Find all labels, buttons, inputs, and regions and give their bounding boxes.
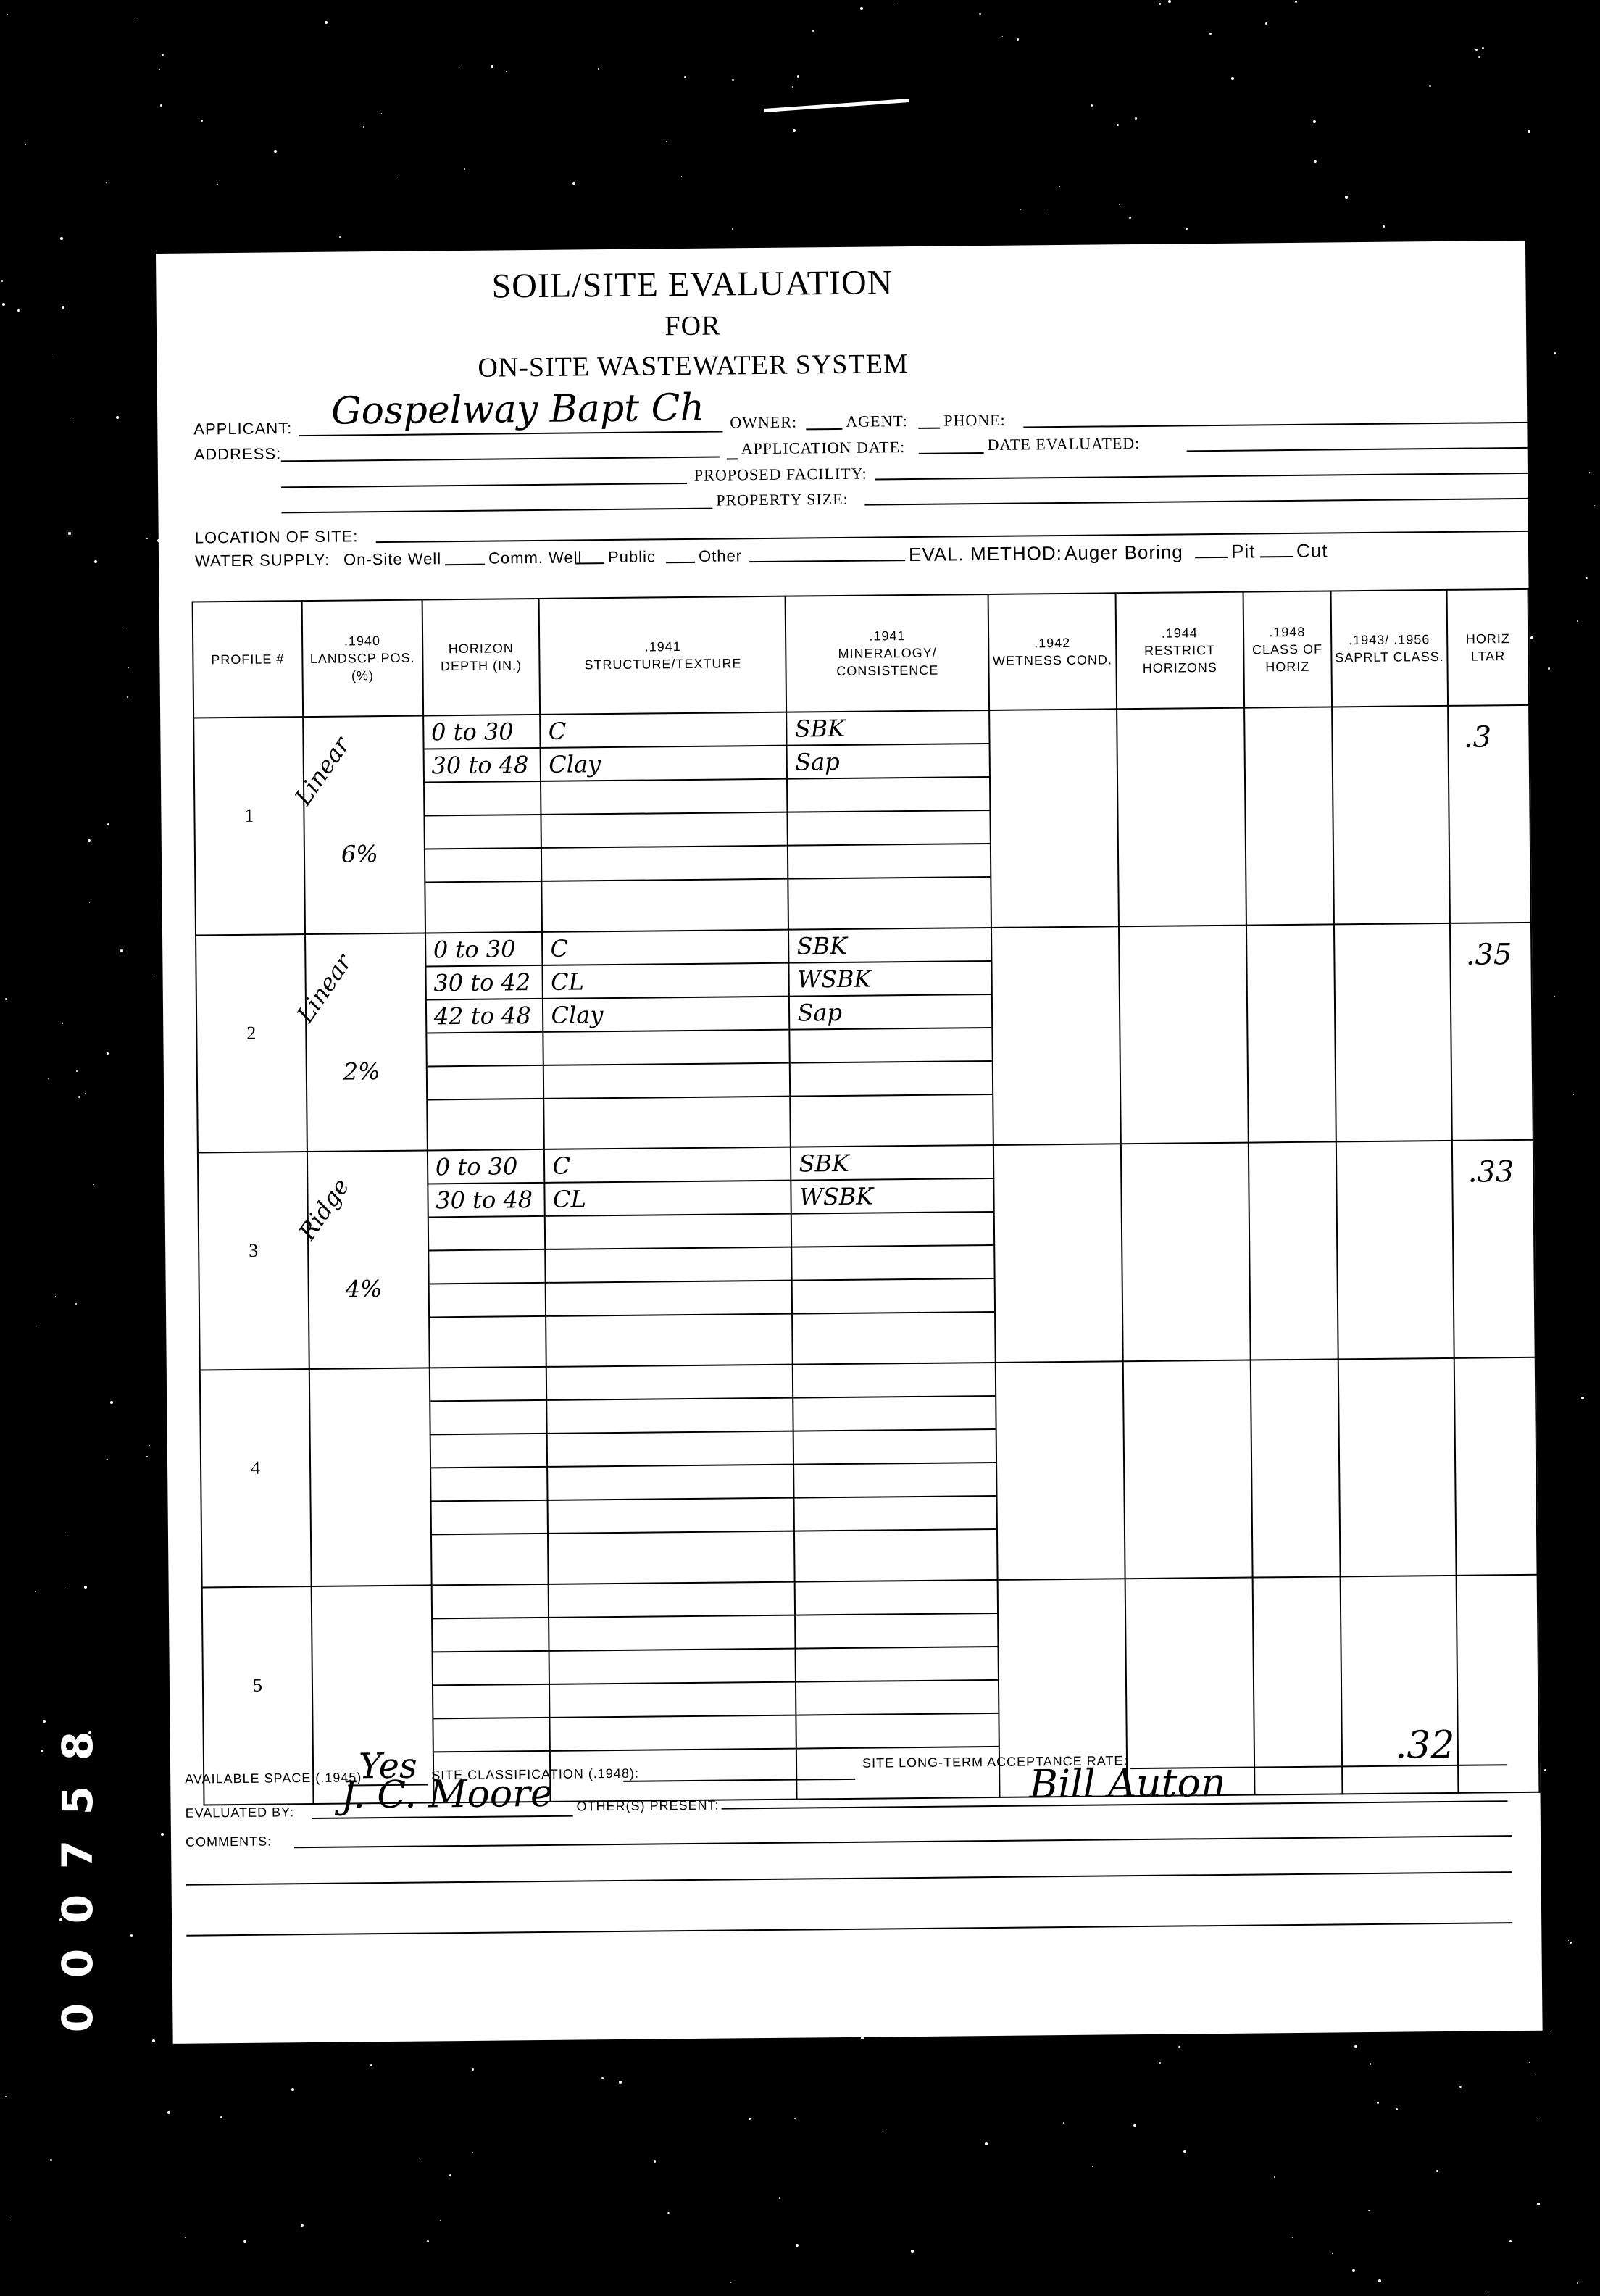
horizon-depth[interactable] [433, 1652, 549, 1686]
horizon-mineralogy[interactable] [796, 1581, 997, 1616]
application-date-field[interactable] [919, 452, 984, 454]
horizon-mineralogy-cell: SBKWSBKSap [788, 928, 993, 1147]
horizon-structure[interactable]: C [543, 931, 788, 966]
saprolite-cell[interactable] [1334, 923, 1452, 1142]
restrict-cell[interactable] [1119, 926, 1249, 1144]
applicant-value: Gospelway Bapt Ch [331, 386, 704, 433]
class-cell[interactable] [1250, 1359, 1340, 1577]
column-rule-code: .1940 [303, 631, 422, 650]
location-field[interactable] [376, 531, 1528, 543]
column-label: HORIZ LTAR [1448, 630, 1528, 666]
horizon-structure[interactable] [541, 780, 786, 815]
horizon-depth[interactable] [430, 1401, 546, 1436]
horizon-structure[interactable] [549, 1499, 793, 1534]
horizon-depth[interactable] [433, 1718, 549, 1753]
class-cell[interactable] [1249, 1141, 1338, 1360]
column-label: PROFILE # [193, 650, 301, 669]
horizon-depth[interactable]: 0 to 30 [426, 933, 542, 968]
comments-label: COMMENTS: [186, 1834, 272, 1850]
water-supply-other: Other [699, 546, 742, 566]
horizon-structure[interactable]: CL [546, 1181, 791, 1217]
horizon-mineralogy[interactable] [793, 1279, 994, 1315]
ltar-value[interactable] [1454, 1357, 1538, 1576]
comments-field-3[interactable] [186, 1922, 1512, 1937]
horizon-structure[interactable]: CL [543, 964, 788, 999]
column-rule-code: .1941 [786, 626, 988, 646]
horizon-mineralogy[interactable]: Sap [788, 744, 989, 780]
site-ltar-value: .32 [1395, 1723, 1455, 1768]
horizon-structure[interactable]: C [545, 1148, 790, 1184]
profile-row: 1Linear6%0 to 3030 to 48CClaySBKSap.3 [193, 705, 1531, 936]
public-checkbox[interactable] [666, 562, 695, 563]
profile-number: 1 [193, 717, 305, 935]
horizon-depth-cell: 0 to 3030 to 48 [423, 715, 543, 933]
horizon-depth[interactable] [433, 1618, 549, 1653]
horizon-mineralogy[interactable] [795, 1497, 996, 1532]
auger-checkbox[interactable] [1195, 557, 1228, 558]
column-header: .1948CLASS OF HORIZ [1243, 591, 1332, 707]
slope-value: 4% [345, 1275, 382, 1302]
profile-number: 2 [196, 934, 307, 1152]
form-title: SOIL/SITE EVALUATION [199, 259, 1185, 309]
profile-row: 3Ridge4%0 to 3030 to 48CCLSBKWSBK.33 [198, 1140, 1536, 1370]
horizon-depth[interactable] [425, 815, 541, 850]
class-cell[interactable] [1244, 707, 1334, 925]
profile-row: 4 [200, 1357, 1538, 1588]
profile-number: 4 [200, 1369, 312, 1587]
horizon-mineralogy[interactable] [793, 1246, 994, 1281]
date-evaluated-field[interactable] [1187, 447, 1528, 452]
horizon-mineralogy[interactable] [797, 1714, 999, 1750]
horizon-structure[interactable] [547, 1365, 792, 1401]
horizon-structure[interactable] [551, 1716, 796, 1752]
property-size-label: PROPERTY SIZE: [716, 490, 849, 510]
horizon-mineralogy-cell [793, 1363, 998, 1582]
horizon-mineralogy[interactable] [794, 1397, 996, 1432]
pit-checkbox[interactable] [1260, 556, 1293, 557]
eval-method-auger: Auger Boring [1064, 541, 1183, 565]
horizon-depth[interactable] [432, 1534, 548, 1568]
horizon-structure[interactable] [548, 1432, 793, 1468]
column-header: .1944RESTRICT HORIZONS [1115, 592, 1243, 710]
slope-value: 2% [343, 1057, 380, 1085]
horizon-mineralogy[interactable] [793, 1313, 995, 1347]
landscape-position: Ridge4% [307, 1150, 430, 1369]
available-space-label: AVAILABLE SPACE (.1945) [185, 1770, 362, 1787]
horizon-mineralogy-cell: SBKSap [787, 710, 992, 930]
applicant-label: APPLICANT: [193, 419, 292, 438]
address-field-2[interactable] [281, 483, 687, 488]
horizon-depth-cell: 0 to 3030 to 48 [428, 1149, 547, 1368]
column-label: MINERALOGY/ CONSISTENCE [787, 644, 988, 681]
comm-well-checkbox[interactable] [575, 562, 604, 564]
horizon-structure[interactable] [542, 813, 787, 849]
profile-row: 2Linear2%0 to 3030 to 4242 to 48CCLClayS… [196, 923, 1533, 1153]
ltar-value[interactable]: .3 [1448, 705, 1531, 923]
agent-label: AGENT: [846, 412, 908, 431]
column-label: HORIZON DEPTH (IN.) [423, 639, 539, 675]
water-supply-public: Public [608, 547, 656, 567]
horizon-structure[interactable] [550, 1683, 795, 1718]
horizon-mineralogy[interactable] [796, 1614, 998, 1650]
column-rule-code: .1944 [1117, 623, 1243, 642]
property-size-field[interactable] [864, 498, 1528, 506]
horizon-structure[interactable] [550, 1650, 795, 1685]
column-header: .1942WETNESS COND. [988, 593, 1117, 710]
address-label: ADDRESS: [194, 444, 282, 464]
column-rule-code: .1948 [1244, 623, 1330, 641]
horizon-structure[interactable] [550, 1616, 795, 1652]
column-rule-code: .1941 [541, 636, 786, 657]
horizon-mineralogy[interactable] [796, 1647, 998, 1683]
restrict-cell[interactable] [1123, 1360, 1253, 1579]
horizon-structure[interactable] [542, 847, 787, 882]
table-header-row: PROFILE #.1940LANDSCP POS. (%)HORIZON DE… [193, 589, 1529, 718]
column-rule-code: .1943/ .1956 [1332, 631, 1447, 649]
ltar-value[interactable] [1457, 1575, 1540, 1793]
column-header: .1940LANDSCP POS. (%) [302, 599, 423, 717]
column-label: STRUCTURE/TEXTURE [541, 654, 786, 675]
horizon-depth[interactable]: 42 to 48 [427, 999, 543, 1034]
others-present-value: Bill Auton [1029, 1760, 1226, 1808]
column-header: HORIZON DEPTH (IN.) [422, 599, 540, 716]
onsite-well-checkbox[interactable] [445, 564, 485, 566]
agent-checkbox[interactable] [918, 428, 940, 429]
horizon-structure[interactable] [546, 1248, 791, 1284]
owner-checkbox[interactable] [806, 428, 842, 430]
horizon-mineralogy-cell: SBKWSBK [791, 1145, 996, 1365]
horizon-depth[interactable] [429, 1284, 545, 1318]
horizon-mineralogy[interactable] [789, 878, 991, 912]
horizon-mineralogy[interactable] [791, 1062, 992, 1097]
horizon-structure[interactable] [544, 1064, 789, 1099]
horizon-structure-cell: CClay [541, 712, 789, 932]
other-field[interactable] [749, 560, 905, 562]
date-evaluated-label: DATE EVALUATED: [987, 434, 1140, 454]
others-present-label: OTHER(S) PRESENT: [576, 1798, 719, 1815]
horizon-mineralogy[interactable] [788, 778, 989, 813]
profile-table: PROFILE #.1940LANDSCP POS. (%)HORIZON DE… [192, 588, 1541, 1806]
eval-method-pit: Pit [1231, 540, 1256, 562]
horizon-depth-cell [429, 1367, 549, 1586]
horizon-mineralogy[interactable] [795, 1530, 996, 1564]
landscape-position: Linear2% [305, 933, 428, 1152]
horizon-depth[interactable] [433, 1685, 549, 1720]
restrict-cell[interactable] [1117, 708, 1246, 927]
horizon-mineralogy[interactable] [791, 1028, 992, 1064]
horizon-depth[interactable]: 30 to 42 [426, 966, 542, 1001]
batch-digit: 8 [53, 1713, 102, 1779]
horizon-structure[interactable] [545, 1097, 790, 1131]
column-header: .1941STRUCTURE/TEXTURE [539, 596, 787, 715]
horizon-depth[interactable] [427, 1033, 543, 1068]
phone-label: PHONE: [943, 411, 1006, 430]
column-header: PROFILE # [193, 601, 303, 717]
horizon-depth[interactable]: 30 to 48 [424, 749, 540, 783]
landscape-position [309, 1368, 432, 1586]
horizon-structure[interactable] [547, 1315, 792, 1349]
owner-label: OWNER: [730, 413, 797, 433]
horizon-structure-cell [546, 1365, 795, 1584]
address-field-3[interactable] [281, 508, 712, 514]
water-supply-onsite: On-Site Well [343, 549, 441, 569]
column-header: .1941MINERALOGY/ CONSISTENCE [786, 594, 989, 712]
horizon-mineralogy[interactable]: WSBK [790, 962, 991, 997]
horizon-depth[interactable] [428, 1066, 543, 1101]
horizon-structure-cell: CCL [544, 1147, 793, 1367]
horizon-structure[interactable] [549, 1583, 794, 1618]
horizon-depth[interactable] [428, 1099, 543, 1133]
water-supply-comm: Comm. Well [488, 548, 583, 567]
proposed-facility-label: PROPOSED FACILITY: [694, 465, 867, 485]
evaluated-by-label: EVALUATED BY: [186, 1805, 295, 1821]
horizon-structure[interactable] [543, 880, 788, 914]
horizon-mineralogy[interactable] [793, 1363, 995, 1399]
horizon-structure[interactable] [546, 1215, 791, 1250]
horizon-mineralogy[interactable] [794, 1430, 996, 1465]
ltar-value[interactable]: .35 [1450, 923, 1533, 1141]
batch-stamp: 000758 [45, 1710, 110, 2044]
comments-field-2[interactable] [186, 1871, 1512, 1886]
horizon-depth[interactable]: 0 to 30 [428, 1150, 544, 1185]
address-line-tail [727, 458, 738, 459]
class-cell[interactable] [1246, 924, 1336, 1142]
horizon-mineralogy[interactable] [795, 1463, 996, 1499]
horizon-mineralogy[interactable] [788, 844, 990, 880]
horizon-depth[interactable] [429, 1217, 545, 1252]
horizon-mineralogy[interactable]: SBK [791, 1146, 993, 1181]
ltar-value[interactable]: .33 [1452, 1140, 1536, 1358]
horizon-depth[interactable] [430, 1317, 546, 1350]
column-header: HORIZ LTAR [1447, 589, 1529, 706]
saprolite-cell[interactable] [1336, 1141, 1454, 1360]
horizon-structure-cell: CCLClay [542, 930, 791, 1149]
horizon-depth[interactable] [429, 1250, 545, 1285]
saprolite-cell[interactable] [1332, 706, 1450, 925]
horizon-structure[interactable]: Clay [541, 746, 786, 782]
horizon-depth-cell: 0 to 3030 to 4242 to 48 [425, 932, 545, 1151]
comments-field-1[interactable] [294, 1835, 1512, 1848]
horizon-structure[interactable]: Clay [543, 997, 788, 1033]
horizon-mineralogy[interactable] [788, 811, 990, 847]
horizon-structure[interactable] [546, 1281, 791, 1317]
eval-method-label: EVAL. METHOD: [909, 542, 1062, 566]
wetness-cell[interactable] [989, 709, 1119, 928]
horizon-depth[interactable] [425, 782, 541, 817]
horizon-depth[interactable] [431, 1501, 547, 1536]
column-rule-code: .1942 [989, 633, 1115, 652]
horizon-depth[interactable]: 30 to 48 [428, 1184, 544, 1218]
horizon-depth[interactable] [431, 1468, 547, 1502]
column-label: LANDSCP POS. (%) [303, 649, 422, 685]
form-page: SOIL/SITE EVALUATION FOR ON-SITE WASTEWA… [156, 241, 1543, 2044]
horizon-structure[interactable]: C [541, 713, 786, 749]
proposed-facility-field[interactable] [875, 473, 1528, 481]
horizon-depth[interactable] [425, 882, 541, 915]
horizon-structure[interactable] [549, 1465, 793, 1501]
phone-field[interactable] [1023, 422, 1527, 428]
wetness-cell[interactable] [991, 926, 1121, 1145]
horizon-mineralogy[interactable] [791, 1095, 993, 1129]
application-date-label: APPLICATION DATE: [741, 438, 905, 458]
form-subtitle: ON-SITE WASTEWATER SYSTEM [200, 345, 1186, 386]
column-header: .1943/ .1956SAPRLT CLASS. [1330, 590, 1448, 707]
horizon-depth[interactable] [432, 1585, 548, 1620]
column-label: SAPRLT CLASS. [1332, 648, 1447, 667]
wetness-cell[interactable] [993, 1144, 1123, 1363]
horizon-depth[interactable] [430, 1434, 546, 1469]
horizon-depth[interactable] [430, 1368, 546, 1402]
horizon-mineralogy[interactable] [796, 1681, 998, 1716]
horizon-depth[interactable] [425, 849, 541, 883]
horizon-mineralogy[interactable]: WSBK [792, 1179, 993, 1215]
class-cell[interactable] [1252, 1576, 1342, 1794]
horizon-mineralogy[interactable]: SBK [788, 711, 989, 746]
address-field-1[interactable] [281, 457, 720, 462]
column-label: WETNESS COND. [990, 651, 1116, 670]
column-label: CLASS OF HORIZ [1244, 640, 1331, 676]
horizon-structure[interactable] [544, 1031, 789, 1066]
landscape-position: Linear6% [303, 715, 425, 934]
saprolite-cell[interactable] [1338, 1358, 1456, 1577]
profile-number: 3 [198, 1152, 309, 1370]
location-label: LOCATION OF SITE: [195, 527, 359, 547]
horizon-mineralogy[interactable] [792, 1213, 993, 1248]
wetness-cell[interactable] [996, 1361, 1125, 1580]
horizon-depth[interactable]: 0 to 30 [424, 715, 540, 750]
horizon-mineralogy[interactable]: SBK [789, 928, 991, 964]
form-title-for: FOR [200, 305, 1186, 346]
water-supply-label: WATER SUPPLY: [195, 551, 330, 571]
restrict-cell[interactable] [1121, 1143, 1251, 1362]
slope-value: 6% [341, 840, 378, 868]
evaluated-by-signature: J. C. Moore [341, 1772, 553, 1818]
column-label: RESTRICT HORIZONS [1117, 641, 1243, 677]
eval-method-cut: Cut [1296, 539, 1328, 562]
horizon-mineralogy[interactable]: Sap [790, 995, 991, 1031]
horizon-structure[interactable] [549, 1532, 793, 1566]
scan-streak [764, 99, 909, 112]
horizon-structure[interactable] [548, 1399, 793, 1434]
